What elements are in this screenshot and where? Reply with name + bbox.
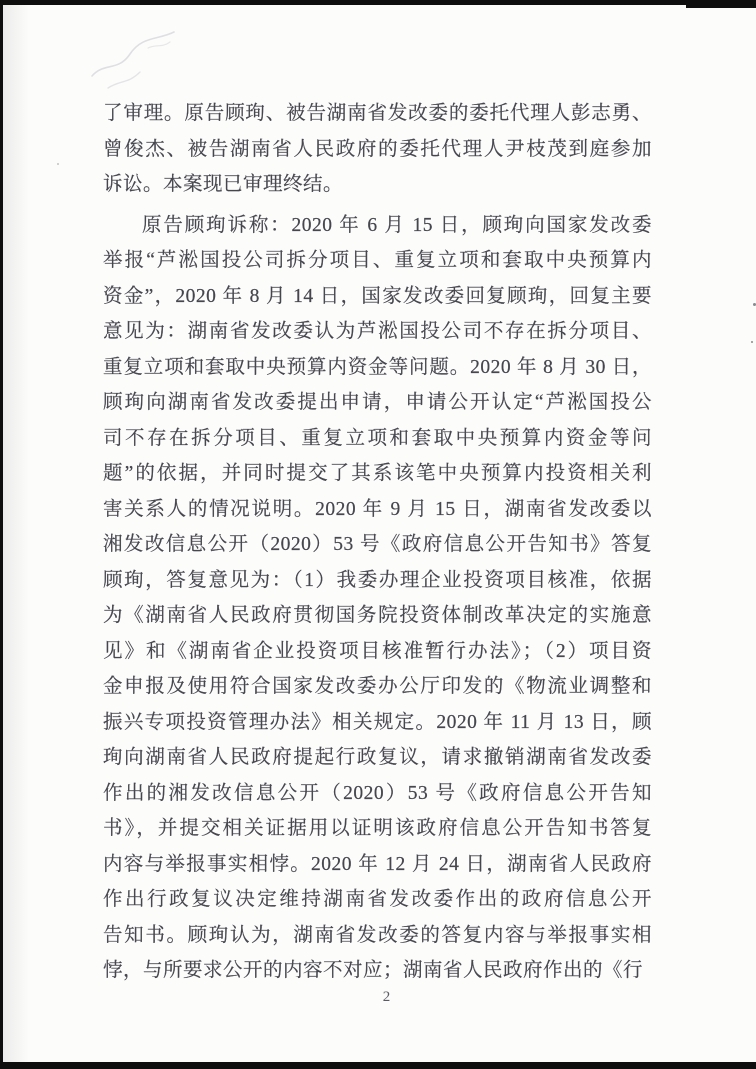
scanned-court-document: { "page": { "number": "2", "paragraphs":… — [0, 0, 756, 1069]
text-line: 意见为：湖南省发改委认为芦淞国投公司不存在拆分项目、 — [103, 314, 652, 350]
text-line: 珣向湖南省人民政府提起行政复议，请求撤销湖南省发改委 — [103, 740, 652, 776]
text-line: 顾珣向湖南省发改委提出申请，申请公开认定“芦淞国投公 — [103, 385, 652, 421]
text-line: 重复立项和套取中央预算内资金等问题。2020 年 8 月 30 日， — [103, 350, 652, 386]
text-line: 内容与举报事实相悖。2020 年 12 月 24 日，湖南省人民政府 — [103, 847, 652, 883]
text-line: 了审理。原告顾珣、被告湖南省发改委的委托代理人彭志勇、 — [103, 96, 652, 132]
text-line: 资金”，2020 年 8 月 14 日，国家发改委回复顾珣，回复主要 — [103, 279, 652, 315]
text-line: 为《湖南省人民政府贯彻国务院投资体制改革决定的实施意 — [103, 598, 652, 634]
text-line: 举报“芦淞国投公司拆分项目、重复立项和套取中央预算内 — [103, 243, 652, 279]
text-line: 告知书。顾珣认为，湖南省发改委的答复内容与举报事实相 — [103, 918, 652, 954]
left-shading — [3, 0, 29, 1069]
scan-speck — [751, 341, 753, 343]
text-line: 作出行政复议决定维持湖南省发改委作出的政府信息公开 — [103, 882, 652, 918]
scan-edge-top — [0, 0, 756, 5]
text-line: 司不存在拆分项目、重复立项和套取中央预算内资金等问 — [103, 421, 652, 457]
text-line: 金申报及使用符合国家发改委办公厅印发的《物流业调整和 — [103, 669, 652, 705]
text-line: 害关系人的情况说明。2020 年 9 月 15 日，湖南省发改委以 — [103, 492, 652, 528]
paragraph: 了审理。原告顾珣、被告湖南省发改委的委托代理人彭志勇、曾俊杰、被告湖南省人民政府… — [103, 96, 652, 203]
scan-speck — [57, 163, 59, 165]
text-line: 见》和《湖南省企业投资项目核准暂行办法》；（2）项目资 — [103, 634, 652, 670]
text-line: 悖，与所要求公开的内容不对应；湖南省人民政府作出的《行 — [103, 953, 652, 989]
scanned-page: 了审理。原告顾珣、被告湖南省发改委的委托代理人彭志勇、曾俊杰、被告湖南省人民政府… — [0, 0, 756, 1069]
page-number: 2 — [112, 989, 661, 1006]
document-body: 了审理。原告顾珣、被告湖南省发改委的委托代理人彭志勇、曾俊杰、被告湖南省人民政府… — [103, 96, 652, 989]
text-line: 原告顾珣诉称：2020 年 6 月 15 日，顾珣向国家发改委 — [103, 208, 652, 244]
paragraph: 原告顾珣诉称：2020 年 6 月 15 日，顾珣向国家发改委举报“芦淞国投公司… — [103, 208, 652, 989]
scan-edge-top-right — [686, 0, 756, 8]
text-line: 顾珣，答复意见为：（1）我委办理企业投资项目核准，依据 — [103, 563, 652, 599]
pencil-mark-artifact — [78, 14, 198, 104]
text-line: 湘发改信息公开（2020）53 号《政府信息公开告知书》答复 — [103, 527, 652, 563]
text-line: 作出的湘发改信息公开（2020）53 号《政府信息公开告知 — [103, 776, 652, 812]
scan-edge-left — [0, 0, 3, 1069]
text-line: 题”的依据，并同时提交了其系该笔中央预算内投资相关利 — [103, 456, 652, 492]
scan-edge-bottom — [0, 1062, 756, 1069]
text-line: 振兴专项投资管理办法》相关规定。2020 年 11 月 13 日，顾 — [103, 705, 652, 741]
text-line: 曾俊杰、被告湖南省人民政府的委托代理人尹枝茂到庭参加 — [103, 132, 652, 168]
text-line: 诉讼。本案现已审理终结。 — [103, 167, 652, 203]
text-line: 书》，并提交相关证据用以证明该政府信息公开告知书答复 — [103, 811, 652, 847]
